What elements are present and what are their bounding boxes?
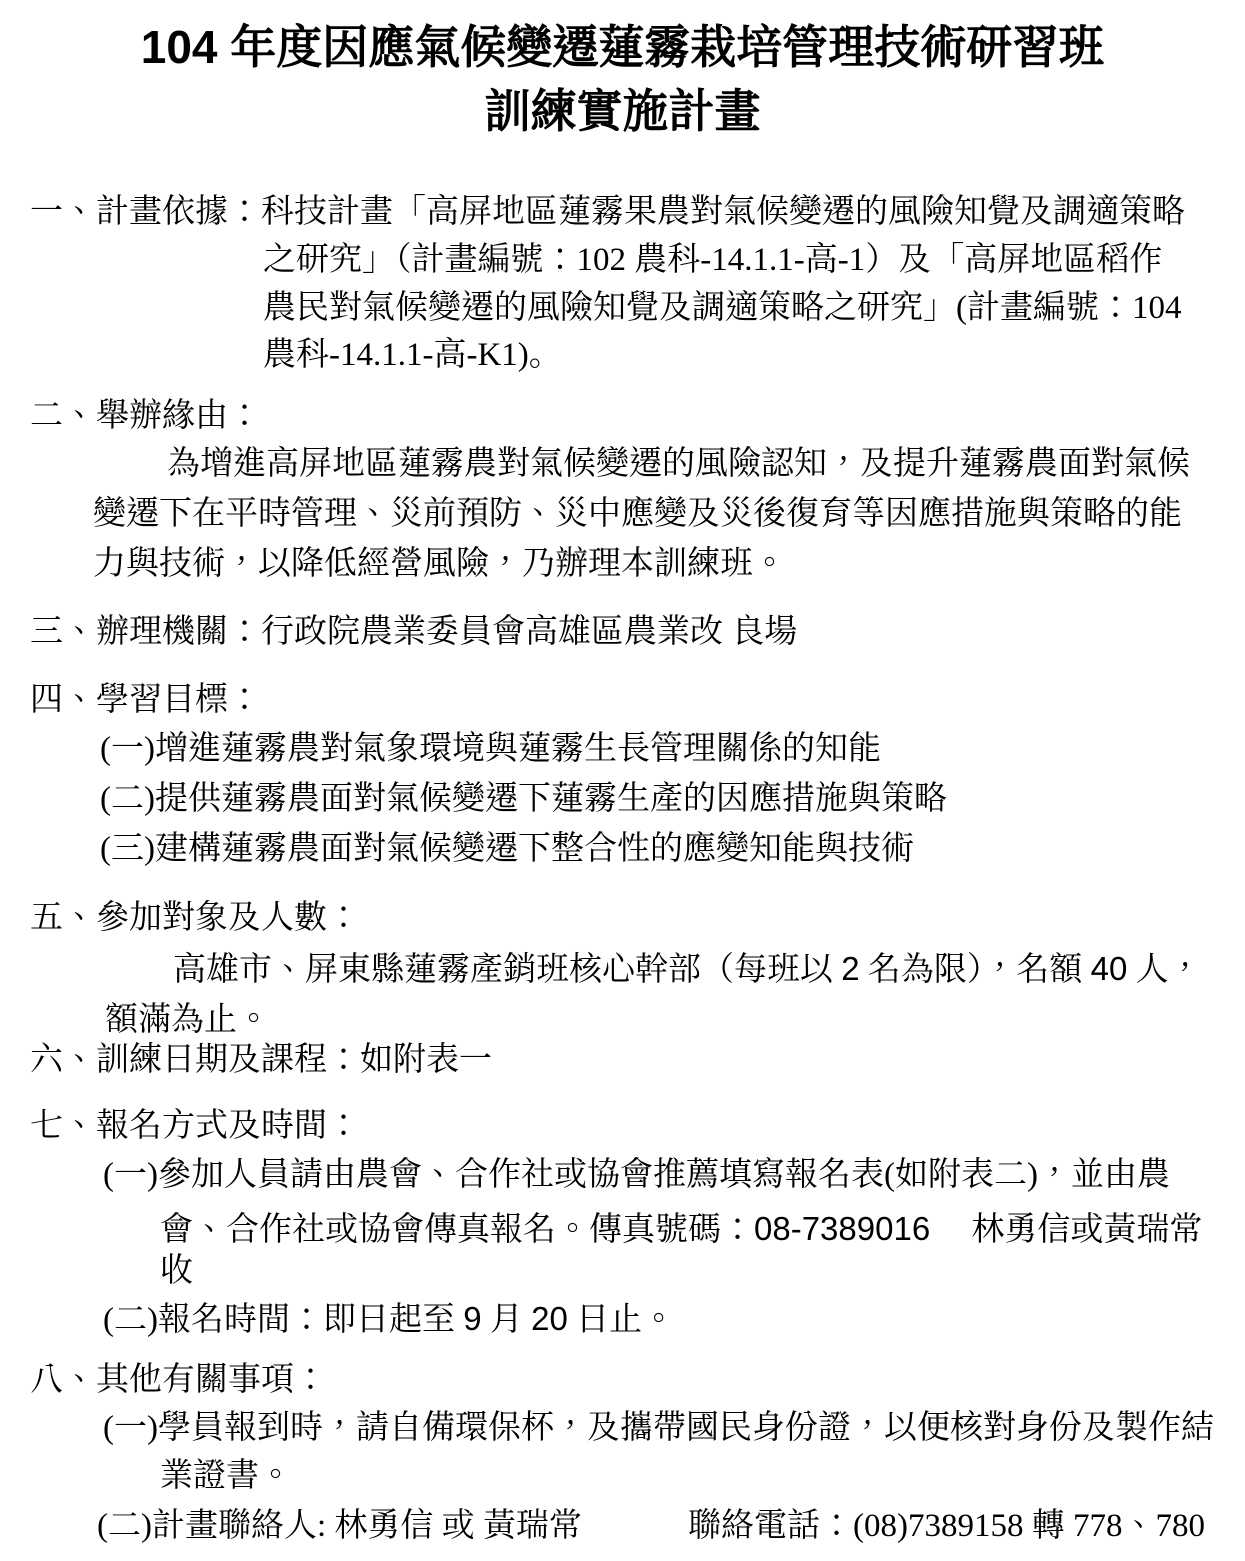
section5-paragraph-line2: 額滿為止。 xyxy=(105,1000,270,1041)
section1-line3: 農民對氣候變遷的風險知覺及調適策略之研究」(計畫編號：104 xyxy=(263,288,1182,329)
document-page: 104 年度因應氣候變遷蓮霧栽培管理技術研習班 訓練實施計畫 一、計畫依據：科技… xyxy=(0,0,1245,1561)
section1-line4: 農科-14.1.1-高-K1)。 xyxy=(263,335,562,376)
section8-item1-line1: (一)學員報到時，請自備環保杯，及攜帶國民身份證，以便核對身份及製作結 xyxy=(103,1408,1214,1449)
section8-item2-phone: 聯絡電話：(08)7389158 轉 778、780 xyxy=(688,1506,1205,1547)
text-segment: 會、合作社或協會傳真報名。傳真號碼： xyxy=(160,1212,754,1248)
section8-item1-line2: 業證書。 xyxy=(160,1456,292,1497)
document-title-line2: 訓練實施計畫 xyxy=(0,84,1245,139)
section3-line: 三、辦理機關：行政院農業委員會高雄區農業改 良場 xyxy=(30,612,797,653)
section2-paragraph-line1: 為增進高屏地區蓮霧農對氣候變遷的風險認知，及提升蓮霧農面對氣候 xyxy=(167,444,1190,485)
section7-item1-line1: (一)參加人員請由農會、合作社或協會推薦填寫報名表(如附表二)，並由農 xyxy=(103,1155,1170,1196)
section5-heading: 五、參加對象及人數： xyxy=(30,898,360,939)
section6-line: 六、訓練日期及課程：如附表一 xyxy=(30,1040,492,1081)
text-segment: 2 xyxy=(841,950,859,987)
text-segment: 20 xyxy=(531,1300,568,1337)
text-segment: 104 xyxy=(141,21,231,73)
section1-heading-line: 一、計畫依據：科技計畫「高屏地區蓮霧果農對氣候變遷的風險知覺及調適策略 xyxy=(30,192,1185,233)
section4-item1: (一)增進蓮霧農對氣象環境與蓮霧生長管理關係的知能 xyxy=(100,729,881,770)
section7-item2: (二)報名時間：即日起至 9 月 20 日止。 xyxy=(103,1298,675,1341)
text-segment: 林勇信或黃瑞常 xyxy=(930,1212,1202,1248)
section4-item2: (二)提供蓮霧農面對氣候變遷下蓮霧生產的因應措施與策略 xyxy=(100,779,947,820)
section7-heading: 七、報名方式及時間： xyxy=(30,1106,360,1147)
section2-paragraph-line3: 力與技術，以降低經營風險，乃辦理本訓練班。 xyxy=(93,544,786,585)
section7-item1-line3: 收 xyxy=(160,1251,193,1292)
text-segment: 人， xyxy=(1127,952,1201,988)
section7-item1-line2: 會、合作社或協會傳真報名。傳真號碼：08-7389016 林勇信或黃瑞常 xyxy=(160,1208,1202,1251)
section8-item2-contact: (二)計畫聯絡人: 林勇信 或 黃瑞常 xyxy=(97,1506,582,1547)
section4-heading: 四、學習目標： xyxy=(30,680,261,721)
text-segment: 高雄市、屏東縣蓮霧產銷班核心幹部（每班以 xyxy=(173,952,841,988)
section5-paragraph-line1: 高雄市、屏東縣蓮霧產銷班核心幹部（每班以 2 名為限），名額 40 人， xyxy=(173,948,1202,991)
text-segment: 40 xyxy=(1091,950,1128,987)
text-segment: 名為限），名額 xyxy=(860,952,1091,988)
section2-paragraph-line2: 變遷下在平時管理、災前預防、災中應變及災後復育等因應措施與策略的能 xyxy=(93,494,1182,535)
section4-item3: (三)建構蓮霧農面對氣候變遷下整合性的應變知能與技術 xyxy=(100,829,914,870)
section2-heading: 二、舉辦緣由： xyxy=(30,396,261,437)
text-segment: 日止。 xyxy=(568,1302,675,1338)
section8-heading: 八、其他有關事項： xyxy=(30,1360,327,1401)
text-segment: 年度因應氣候變遷蓮霧栽培管理技術研習班 xyxy=(230,22,1104,73)
document-title-line1: 104 年度因應氣候變遷蓮霧栽培管理技術研習班 xyxy=(0,20,1245,75)
text-segment: 9 xyxy=(463,1300,481,1337)
text-segment: (二)報名時間：即日起至 xyxy=(103,1302,463,1338)
section1-line2: 之研究」（計畫編號：102 農科-14.1.1-高-1）及「高屏地區稻作 xyxy=(263,240,1162,281)
text-segment: 08-7389016 xyxy=(754,1210,930,1247)
text-segment: 月 xyxy=(482,1302,532,1338)
